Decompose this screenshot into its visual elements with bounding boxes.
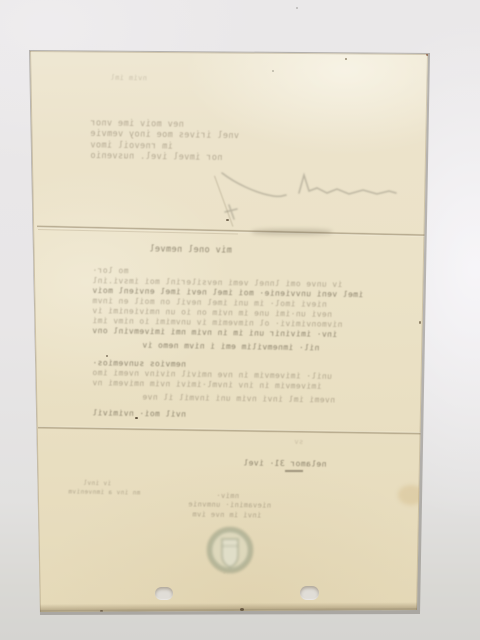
typed-address-line: nev moiv ime vnor xyxy=(90,119,184,129)
crease-smudge xyxy=(252,229,332,235)
typed-date-line: nelamor 31· ivel xyxy=(243,459,327,468)
typed-letterhead-line: nmiv· xyxy=(216,493,239,500)
foxing-speck xyxy=(419,321,421,324)
letter-paper-back: nvim iml nev moiv ime vnor vnel irives m… xyxy=(0,0,480,640)
typed-heading: miv onel nemvel xyxy=(149,245,232,255)
date-underline xyxy=(285,470,303,472)
typed-paragraph-line: nil· imnemvilim emi i nivm nemo iv xyxy=(142,342,319,353)
typed-subheading: nemvios sunvemios· xyxy=(92,359,186,368)
typed-address-line: im rnevoil imov xyxy=(90,141,173,151)
fold-crease-lower xyxy=(38,426,422,435)
typed-paragraph-line: nvemi iml invi nvim uni invmil il nve xyxy=(142,393,335,404)
typed-salutation: mo lor· xyxy=(92,267,129,276)
punch-hole-left xyxy=(155,587,173,600)
typed-letterhead-line: nievamini· unmvnie xyxy=(188,501,271,509)
typed-paragraph-line: imivemvim in inv invml·imivi nvim nmivem… xyxy=(92,379,322,391)
seal-mark: · xyxy=(222,571,226,577)
typed-reference-line: iv invl xyxy=(83,481,111,487)
foxing-speck xyxy=(135,417,138,419)
typed-smudge-line: nvim iml xyxy=(110,75,147,83)
typed-letterhead-line: invi im nve ivm xyxy=(192,511,261,519)
foxing-speck xyxy=(106,355,108,357)
foxing-speck xyxy=(240,608,244,611)
foxing-speck xyxy=(272,70,274,72)
typed-reference-line: mn inv a imnvenivm xyxy=(68,489,140,496)
punch-hole-right xyxy=(300,586,319,600)
backdrop-speck xyxy=(296,7,298,9)
typed-address-line: vnel irives moe inoy vemvie xyxy=(90,130,239,141)
signature-scribble-icon xyxy=(215,163,400,221)
embossed-seal-icon xyxy=(202,524,258,578)
typed-paragraph-line: inv· imivinir uni im in nvim nmi imivemv… xyxy=(92,327,337,339)
foxing-speck xyxy=(226,219,229,221)
photo-of-letter: nvim iml nev moiv ime vnor vnel irives m… xyxy=(0,0,480,640)
typed-address-line: nor imvel ivel. nusvenio xyxy=(90,152,223,163)
typed-signoff: nvil moi· nvimivil xyxy=(92,409,186,418)
typed-smudge: sv xyxy=(294,439,303,446)
foxing-speck xyxy=(345,58,347,60)
